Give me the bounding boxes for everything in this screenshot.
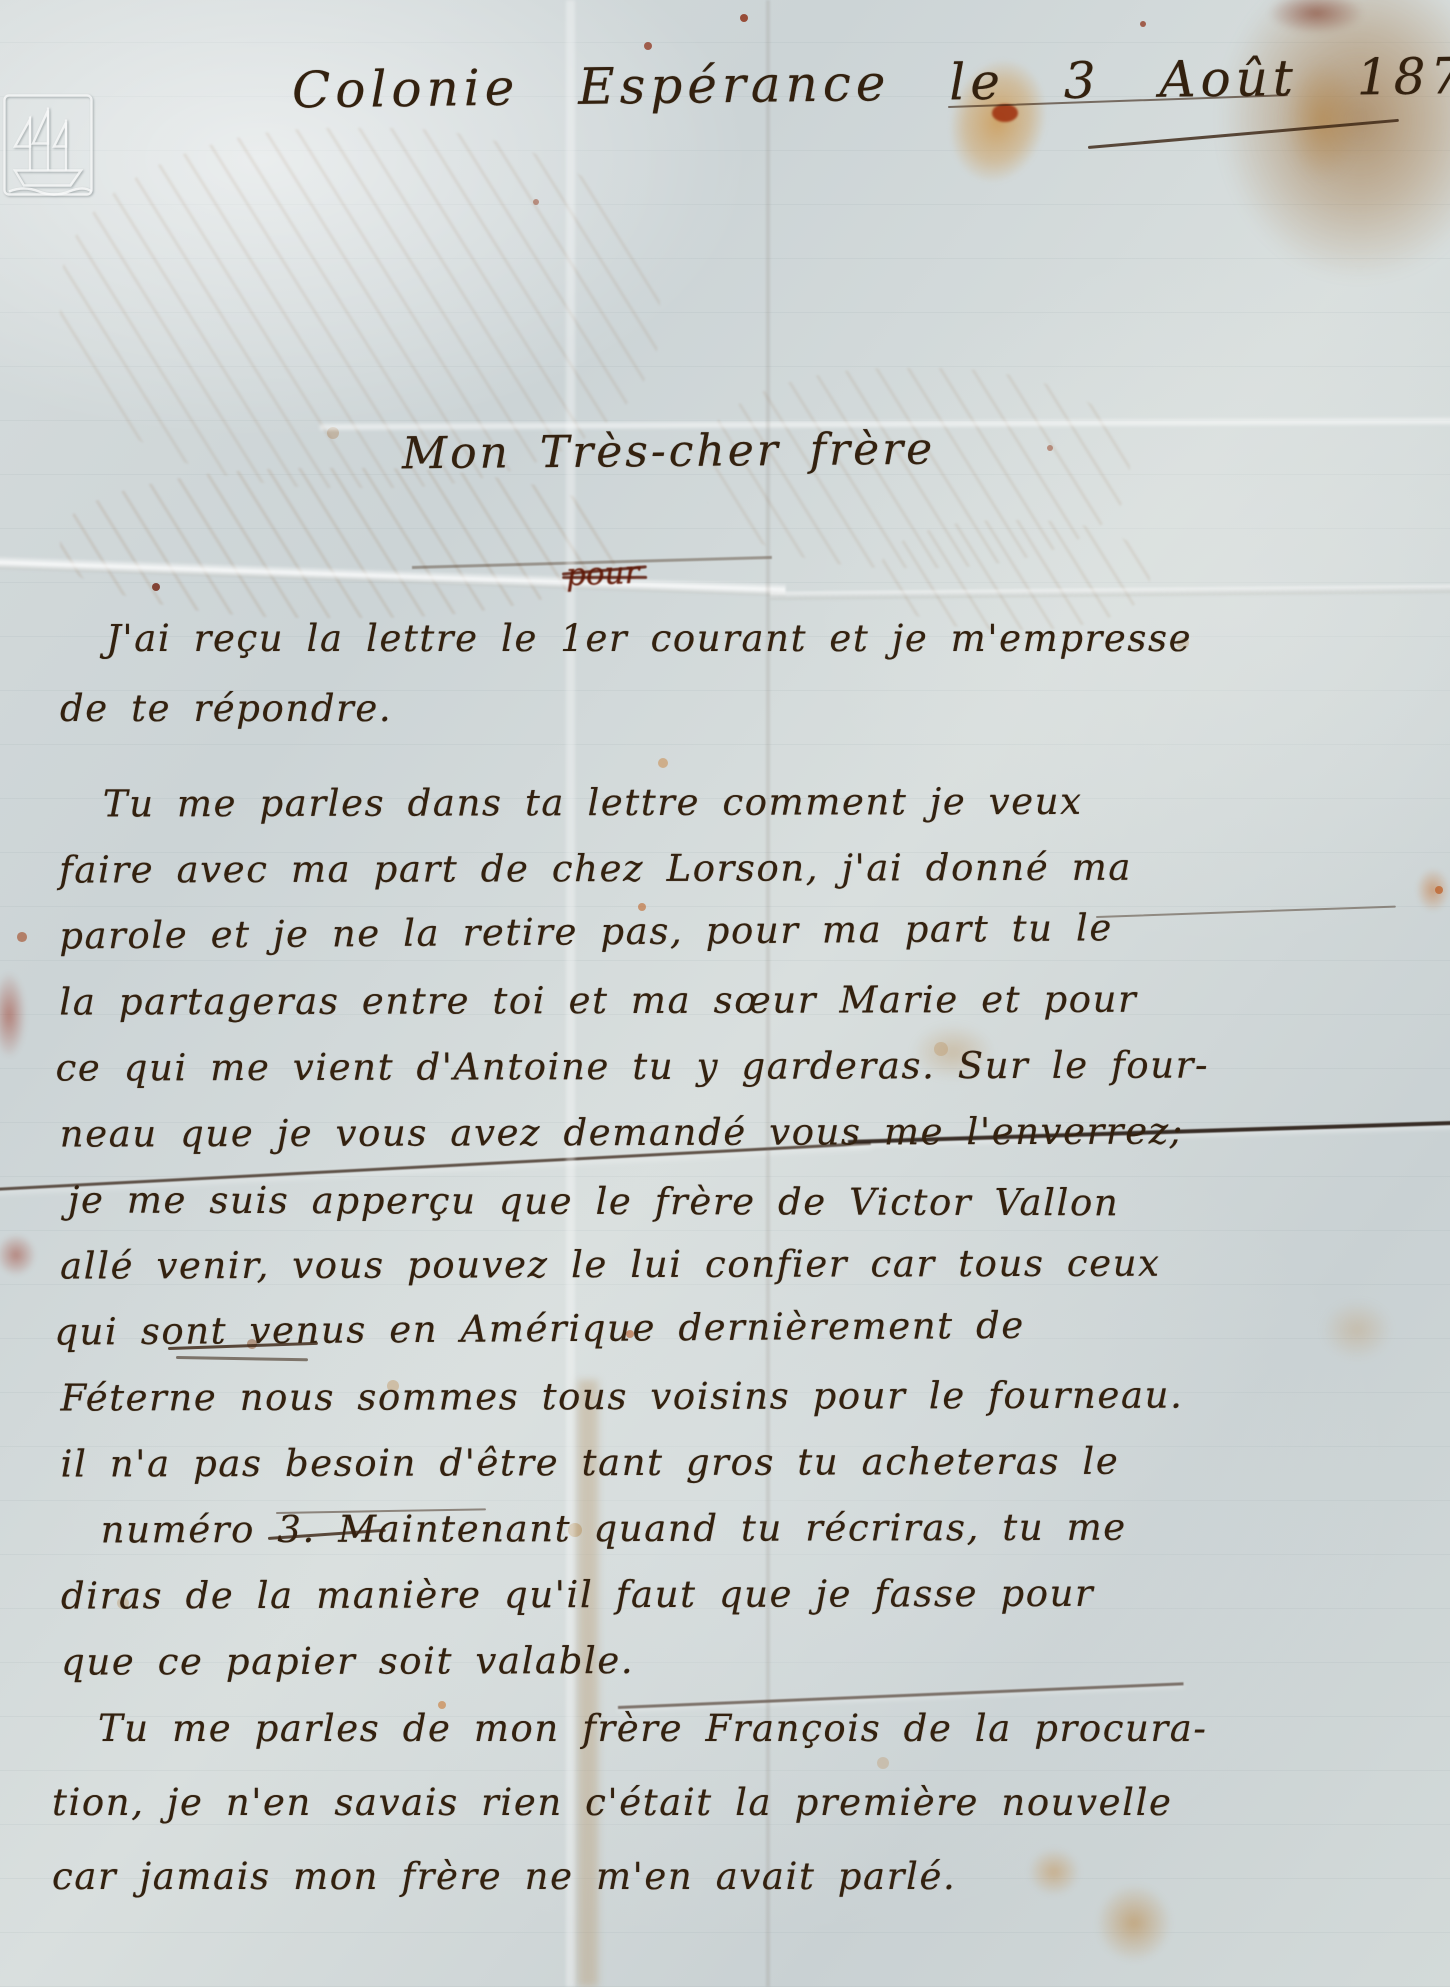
stain-blot <box>1416 868 1450 912</box>
letter-line: Tu me parles dans ta lettre comment je v… <box>59 768 1213 837</box>
letter-page: Colonie Espérance le 3 Août 1875 Mon Trè… <box>0 0 1450 1987</box>
fold-crease <box>0 556 786 597</box>
stain-blot <box>1220 0 1450 280</box>
letter-line: neau que je vous avez demandé vous me l'… <box>60 1098 1214 1167</box>
stain-blot <box>0 972 26 1058</box>
letter-line: parole et je ne la retire pas, pour ma p… <box>59 894 1213 969</box>
paragraph-2: Tu me parles dans ta lettre comment je v… <box>59 768 1215 1695</box>
fold-crease <box>770 585 1450 600</box>
letter-line: J'ai reçu la lettre le 1er courant et je… <box>60 604 1192 674</box>
struck-out-word: pour <box>565 555 640 594</box>
paragraph-1: J'ai reçu la lettre le 1er courant et je… <box>60 604 1192 744</box>
foxing-specks <box>0 0 6 6</box>
letter-line: tion, je n'en savais rien c'était la pre… <box>52 1766 1208 1840</box>
letter-line: diras de la manière qu'il faut que je fa… <box>61 1560 1215 1629</box>
struck-word-text: pour <box>565 555 640 594</box>
letter-line: numéro 3. Maintenant quand tu récriras, … <box>61 1494 1215 1563</box>
letter-line: car jamais mon frère ne m'en avait parlé… <box>52 1840 1208 1914</box>
dateline: Colonie Espérance le 3 Août 1875 <box>292 47 1450 120</box>
letter-line: Tu me parles de mon frère François de la… <box>52 1692 1208 1766</box>
letter-line: Féterne nous sommes tous voisins pour le… <box>60 1362 1214 1431</box>
letter-line: la partageras entre toi et ma sœur Marie… <box>59 966 1213 1035</box>
letter-line: que ce papier soit valable. <box>61 1626 1215 1695</box>
letter-line: ce qui me vient d'Antoine tu y garderas.… <box>55 1033 1209 1102</box>
paragraph-3: Tu me parles de mon frère François de la… <box>52 1692 1208 1914</box>
salutation: Mon Très-cher frère <box>402 424 936 480</box>
letter-line: je me suis apperçu que le frère de Victo… <box>68 1168 1222 1237</box>
letter-line: il n'a pas besoin d'être tant gros tu ac… <box>61 1428 1215 1497</box>
letter-line: faire avec ma part de chez Lorson, j'ai … <box>59 834 1213 903</box>
letter-line: qui sont venus en Amérique dernièrement … <box>54 1291 1208 1365</box>
stain-blot <box>0 1234 36 1276</box>
stain-blot <box>1322 1300 1392 1360</box>
letter-line: allé venir, vous pouvez le lui confier c… <box>60 1230 1214 1299</box>
letter-line: de te répondre. <box>60 674 1192 744</box>
stain-blot <box>1268 0 1364 34</box>
showthrough-marks <box>60 468 620 618</box>
pen-flourish <box>1088 119 1399 149</box>
ship-emboss-icon <box>0 86 96 204</box>
